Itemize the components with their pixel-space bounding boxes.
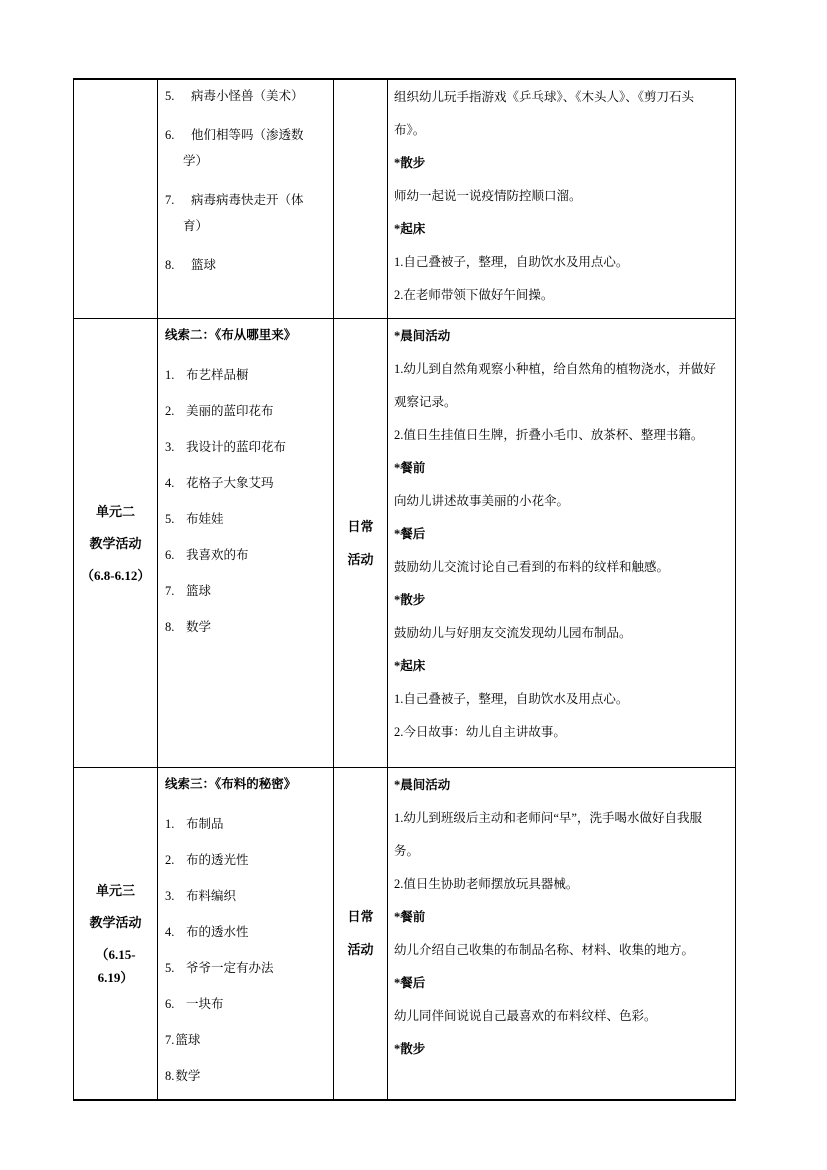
lesson-item-text: 我设计的蓝印花布 [186, 440, 286, 454]
unit-cell: 单元二 教学活动 （6.8-6.12） [74, 318, 158, 767]
lesson-item-text: 爷爷一定有办法 [186, 961, 274, 975]
lesson-item-text: 布制品 [186, 817, 224, 831]
unit-dates: （6.15-6.19） [81, 943, 150, 989]
lesson-item: 3.我设计的蓝印花布 [165, 434, 309, 460]
lesson-item: 4.花格子大象艾玛 [165, 470, 309, 496]
lesson-item-number: 5. [165, 83, 191, 109]
daily-activities-cell [334, 79, 388, 318]
lesson-item: 3.布料编织 [165, 883, 309, 909]
lesson-item-number: 3. [165, 434, 186, 460]
activity-section-heading: *餐前 [394, 452, 725, 485]
lesson-item-text: 篮球 [186, 584, 211, 598]
lessons-cell: 线索三：《布料的秘密》 1.布制品 2.布的透光性 3.布料编织 4.布的透水性… [158, 767, 334, 1100]
lesson-item: 8.数学 [165, 614, 309, 640]
lesson-clue-header: 线索二：《布从哪里来》 [165, 322, 309, 348]
lesson-item-text: 病毒小怪兽（美术） [191, 89, 304, 103]
activity-paragraph: 师幼一起说一说疫情防控顺口溜。 [394, 180, 725, 213]
lesson-item-number: 4. [165, 470, 186, 496]
unit-subtitle: 教学活动 [81, 910, 150, 936]
lesson-item: 5.病毒小怪兽（美术） [165, 83, 309, 109]
activity-section-heading: *起床 [394, 650, 725, 683]
lesson-item-number: 5. [165, 955, 186, 981]
activities-cell: *晨间活动 1.幼儿到自然角观察小种植，给自然角的植物浇水，并做好观察记录。 2… [388, 318, 736, 767]
unit-cell: 单元三 教学活动 （6.15-6.19） [74, 767, 158, 1100]
lesson-item-text: 一块布 [186, 997, 224, 1011]
activity-section-heading: *散步 [394, 147, 725, 180]
daily-activities-cell: 日常活动 [334, 318, 388, 767]
daily-activities-label: 日常活动 [345, 510, 376, 576]
lesson-item-number: 8. [165, 252, 191, 278]
lesson-item: 6.一块布 [165, 991, 309, 1017]
activity-paragraph: 向幼儿讲述故事美丽的小花伞。 [394, 485, 725, 518]
lesson-item: 6.他们相等吗（渗透数学） [165, 122, 309, 174]
unit-cell [74, 79, 158, 318]
lesson-item-text: 篮球 [191, 258, 216, 272]
activity-paragraph: 幼儿介绍自己收集的布制品名称、材料、收集的地方。 [394, 934, 725, 967]
lesson-item: 7.篮球 [165, 1027, 309, 1053]
lesson-item-text: 他们相等吗（渗透数学） [183, 128, 304, 168]
lesson-item: 1.布艺样品橱 [165, 362, 309, 388]
activity-section-heading: *餐后 [394, 967, 725, 1000]
table-row-unit2: 单元二 教学活动 （6.8-6.12） 线索二：《布从哪里来》 1.布艺样品橱 … [74, 318, 736, 767]
activities-cell: 组织幼儿玩手指游戏《乒乓球》、《木头人》、《剪刀石头布》。 *散步 师幼一起说一… [388, 79, 736, 318]
lesson-item-number: 8. [165, 614, 186, 640]
lesson-item-text: 布娃娃 [186, 512, 224, 526]
activity-section-heading: *起床 [394, 213, 725, 246]
lesson-item-text: 美丽的蓝印花布 [186, 404, 274, 418]
lesson-item-text: 数学 [175, 1069, 200, 1083]
lesson-item-number: 7. [165, 578, 186, 604]
lesson-item: 7.篮球 [165, 578, 309, 604]
activity-section-heading: *散步 [394, 1033, 725, 1066]
activity-section-heading: *餐后 [394, 518, 725, 551]
lesson-item: 8.数学 [165, 1063, 309, 1089]
lesson-item-text: 篮球 [175, 1033, 200, 1047]
activity-paragraph: 1.幼儿到班级后主动和老师问“早”，洗手喝水做好自我服务。 [394, 802, 725, 868]
lessons-cell: 线索二：《布从哪里来》 1.布艺样品橱 2.美丽的蓝印花布 3.我设计的蓝印花布… [158, 318, 334, 767]
activity-paragraph: 2.值日生协助老师摆放玩具器械。 [394, 868, 725, 901]
activity-paragraph: 1.自己叠被子，整理，自助饮水及用点心。 [394, 683, 725, 716]
activity-paragraph: 组织幼儿玩手指游戏《乒乓球》、《木头人》、《剪刀石头布》。 [394, 81, 725, 147]
activity-section-heading: *餐前 [394, 901, 725, 934]
activity-section-heading: *晨间活动 [394, 320, 725, 353]
activity-section-heading: *晨间活动 [394, 769, 725, 802]
activity-paragraph: 2.值日生挂值日生牌，折叠小毛巾、放茶杯、整理书籍。 [394, 419, 725, 452]
document-page: 5.病毒小怪兽（美术） 6.他们相等吗（渗透数学） 7.病毒病毒快走开（体育） … [0, 0, 827, 1170]
lesson-item-number: 7. [165, 187, 191, 213]
lesson-item: 1.布制品 [165, 811, 309, 837]
lesson-item: 7.病毒病毒快走开（体育） [165, 187, 309, 239]
lesson-item-text: 布的透水性 [186, 925, 249, 939]
lesson-item-number: 6. [165, 991, 186, 1017]
activity-paragraph: 鼓励幼儿与好朋友交流发现幼儿园布制品。 [394, 617, 725, 650]
lesson-item-text: 布的透光性 [186, 853, 249, 867]
lessons-cell: 5.病毒小怪兽（美术） 6.他们相等吗（渗透数学） 7.病毒病毒快走开（体育） … [158, 79, 334, 318]
lesson-item-text: 花格子大象艾玛 [186, 476, 274, 490]
activity-section-heading: *散步 [394, 584, 725, 617]
unit-title: 单元二 [81, 499, 150, 525]
activity-paragraph: 幼儿同伴间说说自己最喜欢的布料纹样、色彩。 [394, 1000, 725, 1033]
unit-dates: （6.8-6.12） [81, 564, 150, 587]
lesson-item: 5.爷爷一定有办法 [165, 955, 309, 981]
lesson-item: 6.我喜欢的布 [165, 542, 309, 568]
lesson-item: 5.布娃娃 [165, 506, 309, 532]
lesson-clue-header: 线索三：《布料的秘密》 [165, 771, 309, 797]
lesson-item: 4.布的透水性 [165, 919, 309, 945]
lesson-item-text: 数学 [186, 620, 211, 634]
lesson-item-number: 5. [165, 506, 186, 532]
lesson-item-text: 布艺样品橱 [186, 368, 249, 382]
activity-paragraph: 1.幼儿到自然角观察小种植，给自然角的植物浇水，并做好观察记录。 [394, 353, 725, 419]
table-row-unit3: 单元三 教学活动 （6.15-6.19） 线索三：《布料的秘密》 1.布制品 2… [74, 767, 736, 1100]
lesson-item-number: 8. [165, 1063, 175, 1089]
lesson-item: 2.美丽的蓝印花布 [165, 398, 309, 424]
schedule-table: 5.病毒小怪兽（美术） 6.他们相等吗（渗透数学） 7.病毒病毒快走开（体育） … [73, 78, 736, 1101]
activities-cell: *晨间活动 1.幼儿到班级后主动和老师问“早”，洗手喝水做好自我服务。 2.值日… [388, 767, 736, 1100]
daily-activities-label: 日常活动 [345, 900, 376, 966]
unit-title: 单元三 [81, 878, 150, 904]
activity-paragraph: 鼓励幼儿交流讨论自己看到的布料的纹样和触感。 [394, 551, 725, 584]
lesson-item-number: 6. [165, 542, 186, 568]
lesson-item-number: 1. [165, 362, 186, 388]
unit-subtitle: 教学活动 [81, 531, 150, 557]
lesson-item-number: 6. [165, 122, 191, 148]
lesson-item-number: 4. [165, 919, 186, 945]
activity-paragraph: 2.今日故事：幼儿自主讲故事。 [394, 716, 725, 749]
daily-activities-cell: 日常活动 [334, 767, 388, 1100]
lesson-item-text: 病毒病毒快走开（体育） [183, 193, 304, 233]
lesson-item: 8.篮球 [165, 252, 309, 278]
lesson-item-text: 我喜欢的布 [186, 548, 249, 562]
lesson-item-text: 布料编织 [186, 889, 236, 903]
lesson-item-number: 1. [165, 811, 186, 837]
lesson-item-number: 2. [165, 847, 186, 873]
lesson-item-number: 3. [165, 883, 186, 909]
table-row-unit1-continued: 5.病毒小怪兽（美术） 6.他们相等吗（渗透数学） 7.病毒病毒快走开（体育） … [74, 79, 736, 318]
activity-paragraph: 1.自己叠被子，整理，自助饮水及用点心。 [394, 246, 725, 279]
activity-paragraph: 2.在老师带领下做好午间操。 [394, 279, 725, 312]
lesson-item: 2.布的透光性 [165, 847, 309, 873]
lesson-item-number: 2. [165, 398, 186, 424]
lesson-item-number: 7. [165, 1027, 175, 1053]
